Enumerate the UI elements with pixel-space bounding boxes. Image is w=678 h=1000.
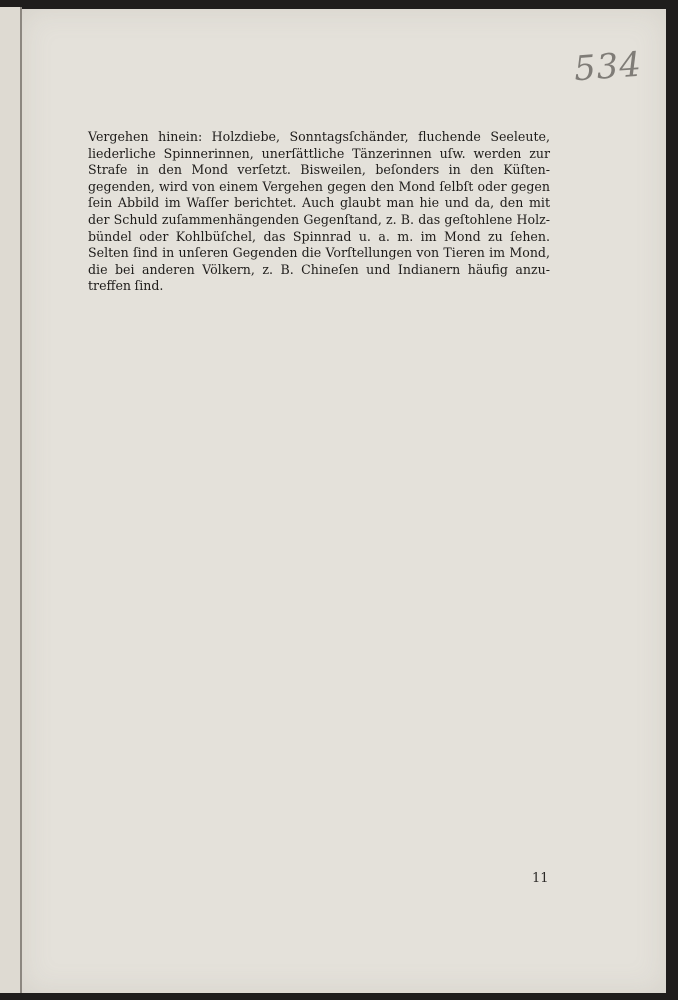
- text-line: bündel oder Kohlbüſchel, das Spinnrad u.…: [88, 229, 550, 246]
- body-paragraph: Vergehen hinein: Holzdiebe, Sonntagsſchä…: [88, 129, 550, 295]
- text-line: die bei anderen Völkern, z. B. Chineſen …: [88, 262, 550, 279]
- text-line: Strafe in den Mond verſetzt. Bisweilen, …: [88, 162, 550, 179]
- text-line: ſein Abbild im Waſſer berichtet. Auch gl…: [88, 195, 550, 212]
- text-line: Vergehen hinein: Holzdiebe, Sonntagsſchä…: [88, 129, 550, 146]
- text-line: treffen ſind.: [88, 278, 550, 295]
- handwritten-folio-number: 534: [573, 45, 644, 90]
- text-line: Selten ſind in unſeren Gegenden die Vorſ…: [88, 245, 550, 262]
- book-page: 534 Vergehen hinein: Holzdiebe, Sonntags…: [22, 9, 666, 993]
- page-number: 11: [532, 871, 549, 886]
- text-line: gegenden, wird von einem Vergehen gegen …: [88, 179, 550, 196]
- text-line: der Schuld zuſammenhängenden Gegenſtand,…: [88, 212, 550, 229]
- text-line: liederliche Spinnerinnen, unerſättliche …: [88, 146, 550, 163]
- previous-page-edge: [0, 7, 22, 993]
- scanned-book-spread: 534 Vergehen hinein: Holzdiebe, Sonntags…: [0, 0, 678, 1000]
